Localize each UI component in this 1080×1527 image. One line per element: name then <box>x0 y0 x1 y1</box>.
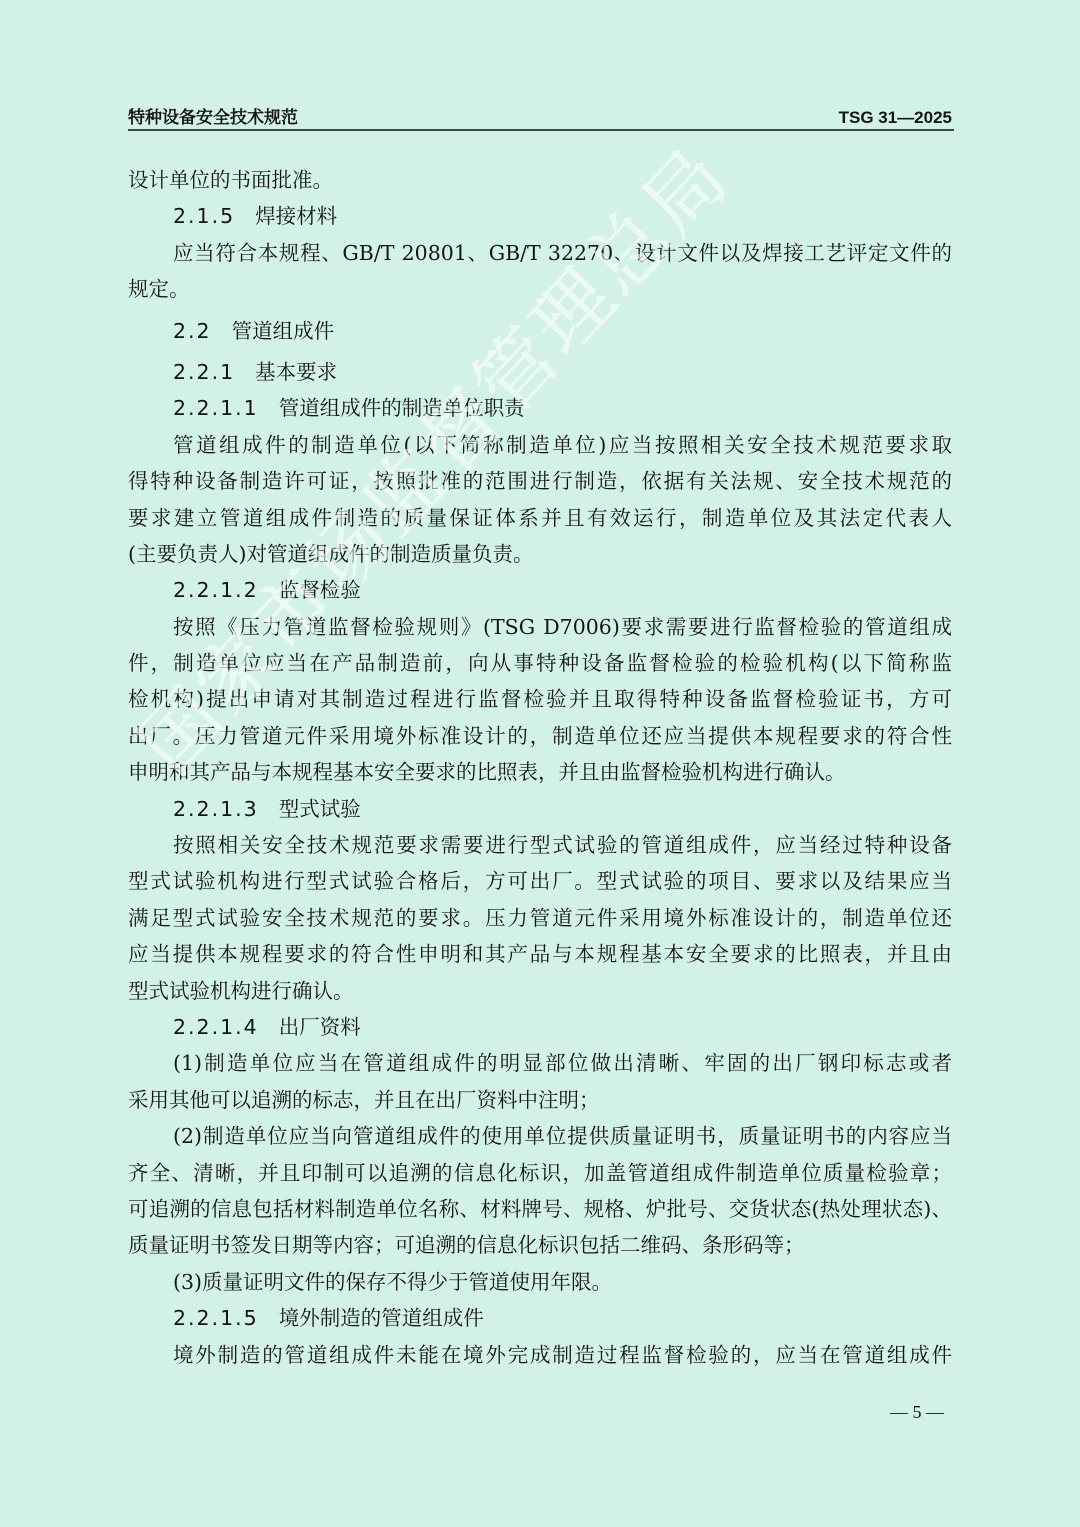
paragraph-line: 规定。 <box>128 271 952 307</box>
section-number: 2.1.5 <box>173 204 235 228</box>
section-title: 管道组成件的制造单位职责 <box>279 396 525 420</box>
document-body: 设计单位的书面批准。 2.1.5焊接材料 应当符合本规程、GB/T 20801、… <box>128 162 952 1373</box>
paragraph-line: 满足型式试验安全技术规范的要求。压力管道元件采用境外标准设计的，制造单位还 <box>128 900 952 936</box>
section-title: 监督检验 <box>279 578 361 602</box>
paragraph-line: 按照《压力管道监督检验规则》(TSG D7006)要求需要进行监督检验的管道组成 <box>128 609 952 645</box>
section-title: 基本要求 <box>255 360 337 384</box>
section-heading-2-2-1-5: 2.2.1.5境外制造的管道组成件 <box>128 1300 952 1336</box>
paragraph-line: 境外制造的管道组成件未能在境外完成制造过程监督检验的，应当在管道组成件 <box>128 1337 952 1373</box>
list-item-line: (3)质量证明文件的保存不得少于管道使用年限。 <box>128 1264 952 1300</box>
section-heading-2-2-1-1: 2.2.1.1管道组成件的制造单位职责 <box>128 390 952 426</box>
list-item-line: 采用其他可以追溯的标志，并且在出厂资料中注明； <box>128 1082 952 1118</box>
section-number: 2.2.1.1 <box>173 396 259 420</box>
paragraph-line: 设计单位的书面批准。 <box>128 162 952 198</box>
paragraph-line: 应当提供本规程要求的符合性申明和其产品与本规程基本安全要求的比照表，并且由 <box>128 936 952 972</box>
standard-code: TSG 31—2025 <box>839 108 952 128</box>
section-heading-2-2-1-2: 2.2.1.2监督检验 <box>128 572 952 608</box>
section-title: 焊接材料 <box>255 204 337 228</box>
paragraph-line: 管道组成件的制造单位(以下简称制造单位)应当按照相关安全技术规范要求取 <box>128 427 952 463</box>
paragraph-line: 应当符合本规程、GB/T 20801、GB/T 32270、设计文件以及焊接工艺… <box>128 235 952 271</box>
list-item-line: 质量证明书签发日期等内容；可追溯的信息化标识包括二维码、条形码等； <box>128 1227 952 1263</box>
paragraph-line: 检机构)提出申请对其制造过程进行监督检验并且取得特种设备监督检验证书，方可 <box>128 681 952 717</box>
section-heading-2-2: 2.2管道组成件 <box>128 313 952 349</box>
list-item-line: 齐全、清晰，并且印制可以追溯的信息化标识，加盖管道组成件制造单位质量检验章； <box>128 1155 952 1191</box>
section-number: 2.2 <box>173 319 212 343</box>
paragraph-line: 要求建立管道组成件制造的质量保证体系并且有效运行，制造单位及其法定代表人 <box>128 500 952 536</box>
paragraph-line: 件，制造单位应当在产品制造前，向从事特种设备监督检验的检验机构(以下简称监 <box>128 645 952 681</box>
document-page: 特种设备安全技术规范 TSG 31—2025 设计单位的书面批准。 2.1.5焊… <box>0 0 1080 1527</box>
paragraph-line: (主要负责人)对管道组成件的制造质量负责。 <box>128 536 952 572</box>
header-divider <box>128 129 954 131</box>
section-title: 型式试验 <box>279 797 361 821</box>
section-number: 2.2.1.2 <box>173 578 259 602</box>
section-heading-2-2-1: 2.2.1基本要求 <box>128 354 952 390</box>
paragraph-line: 得特种设备制造许可证，按照批准的范围进行制造，依据有关法规、安全技术规范的 <box>128 463 952 499</box>
section-number: 2.2.1.4 <box>173 1015 259 1039</box>
paragraph-line: 出厂。压力管道元件采用境外标准设计的，制造单位还应当提供本规程要求的符合性 <box>128 718 952 754</box>
list-item-line: 可追溯的信息包括材料制造单位名称、材料牌号、规格、炉批号、交货状态(热处理状态)… <box>128 1191 952 1227</box>
section-heading-2-2-1-4: 2.2.1.4出厂资料 <box>128 1009 952 1045</box>
section-number: 2.2.1.3 <box>173 797 259 821</box>
section-heading-2-2-1-3: 2.2.1.3型式试验 <box>128 791 952 827</box>
paragraph-line: 型式试验机构进行型式试验合格后，方可出厂。型式试验的项目、要求以及结果应当 <box>128 863 952 899</box>
section-title: 境外制造的管道组成件 <box>279 1306 484 1330</box>
running-header: 特种设备安全技术规范 TSG 31—2025 <box>128 102 952 128</box>
section-title: 出厂资料 <box>279 1015 361 1039</box>
section-number: 2.2.1.5 <box>173 1306 259 1330</box>
page-number: — 5 — <box>890 1402 944 1423</box>
paragraph-line: 按照相关安全技术规范要求需要进行型式试验的管道组成件，应当经过特种设备 <box>128 827 952 863</box>
standard-series-title: 特种设备安全技术规范 <box>128 103 298 128</box>
list-item-line: (1)制造单位应当在管道组成件的明显部位做出清晰、牢固的出厂钢印标志或者 <box>128 1045 952 1081</box>
list-item-line: (2)制造单位应当向管道组成件的使用单位提供质量证明书，质量证明书的内容应当 <box>128 1118 952 1154</box>
section-heading-2-1-5: 2.1.5焊接材料 <box>128 198 952 234</box>
paragraph-line: 申明和其产品与本规程基本安全要求的比照表，并且由监督检验机构进行确认。 <box>128 754 952 790</box>
paragraph-line: 型式试验机构进行确认。 <box>128 973 952 1009</box>
section-title: 管道组成件 <box>232 319 335 343</box>
section-number: 2.2.1 <box>173 360 235 384</box>
